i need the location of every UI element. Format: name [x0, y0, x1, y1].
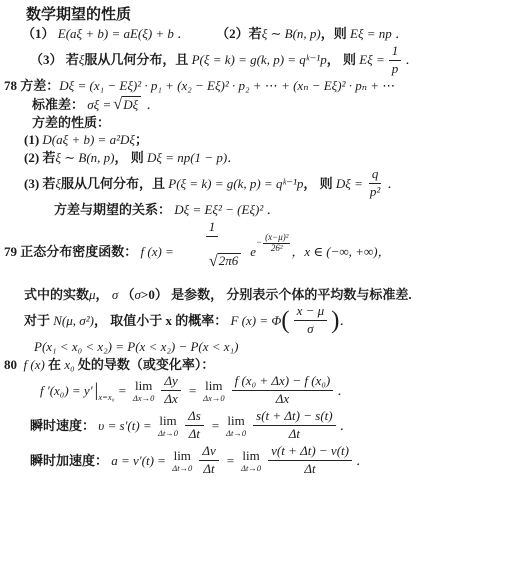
- numerator: 1: [389, 44, 402, 61]
- math-text: =: [208, 418, 223, 434]
- variance-property-2: (2) 若 ξ ∼ B(n, p) ， 则 Dξ = np(1 − p)．: [2, 150, 504, 166]
- denominator: p: [389, 61, 402, 77]
- limit-operator: lim Δt→0: [158, 414, 178, 438]
- math-text: ξ ∼ B(n, p): [55, 150, 114, 166]
- limit-operator: lim Δt→0: [172, 449, 192, 473]
- numerator: v(t + Δt) − v(t): [268, 444, 352, 461]
- square-root: √ Dξ: [113, 96, 141, 113]
- radicand: Dξ: [122, 96, 141, 113]
- math-text: Dξ = np(1 − p)．: [147, 150, 240, 166]
- cn-label: 瞬时加速度：: [30, 453, 111, 469]
- limit-operator: lim Δt→0: [226, 414, 246, 438]
- math-text: =: [223, 453, 238, 469]
- cn-text: ， 取值小于: [94, 313, 166, 329]
- exponent-fraction: − (x−μ)² 26²: [256, 233, 291, 254]
- item-number: (2) 若: [24, 150, 55, 166]
- derivative-definition: f ′(x₀) = y′ | x=x₀ = lim Δx→0 Δy Δx = l…: [2, 374, 504, 407]
- lim-text: lim: [135, 379, 152, 392]
- cn-text: 的概率：: [172, 313, 231, 329]
- math-text: x₀: [64, 357, 74, 373]
- cn-text: ，: [96, 287, 112, 303]
- evaluated-at-subscript: x=x₀: [98, 392, 114, 402]
- cn-text: 对于: [24, 313, 53, 329]
- denominator: Δx: [273, 391, 292, 407]
- limit-subscript: Δx→0: [203, 394, 225, 403]
- cn-label: 正态分布密度函数：: [20, 244, 140, 260]
- limit-subscript: Δt→0: [172, 464, 192, 473]
- item-number: （2）若: [216, 26, 262, 42]
- interval-probability: P(x₁ < x₀ < x₂) = P(x < x₂) − P(x < x₁): [2, 339, 504, 355]
- item-number: (3) 若: [24, 176, 55, 192]
- radicand: 2π6: [218, 253, 242, 269]
- scanned-math-notes: { "page": { "background": "#ffffff", "in…: [0, 0, 506, 562]
- radical-symbol: √: [209, 253, 218, 269]
- lim-text: lim: [227, 414, 244, 427]
- normal-probability: 对于 N(μ, σ²) ， 取值小于 x 的概率： F (x) = Φ ( x …: [2, 304, 504, 337]
- denominator: 26²: [269, 244, 285, 254]
- math-text: Dξ =: [336, 176, 363, 192]
- cn-text: ；: [135, 132, 148, 148]
- lim-text: lim: [174, 449, 191, 462]
- math-text: f ′(x₀) = y′: [40, 383, 93, 399]
- limit-subscript: Δt→0: [241, 464, 261, 473]
- limit-subscript: Δt→0: [158, 429, 178, 438]
- numerator: 1: [206, 220, 219, 237]
- math-text: ξ ∼ B(n, p): [262, 26, 321, 42]
- limit-subscript: Δx→0: [133, 394, 155, 403]
- section-title-expectation: 数学期望的性质: [2, 6, 504, 24]
- big-paren-right: ): [331, 308, 339, 333]
- math-text: Eξ = np ．: [350, 26, 408, 42]
- denominator: √ 2π6: [178, 237, 246, 285]
- cn-text: ， 则: [303, 176, 336, 192]
- numerator: x − μ: [294, 304, 328, 321]
- math-text: Dξ = (x₁ − Eξ)² · p₁ + (x₂ − Eξ)² · p₂ +…: [59, 78, 395, 94]
- math-text: υ = s′(t) =: [98, 418, 155, 434]
- fraction: x − μ σ: [294, 304, 328, 337]
- normal-params-note: 式中的实数 μ ， σ （ σ >0） 是参数， 分别表示个体的平均数与标准差.: [2, 287, 504, 303]
- limit-subscript: Δt→0: [226, 429, 246, 438]
- variance-property-3: (3) 若 ξ 服从几何分布，且 P(ξ = k) = g(k, p) = qᵏ…: [2, 167, 504, 200]
- item-number: 80: [4, 357, 24, 373]
- standard-deviation: 标准差： σξ = √ Dξ ．: [2, 96, 504, 113]
- denominator: p²: [367, 184, 383, 200]
- denominator: σ: [304, 321, 316, 337]
- fraction: Δs Δt: [185, 409, 204, 442]
- cn-text: >0） 是参数， 分别表示个体的平均数与标准差.: [141, 287, 412, 303]
- item-number: (1): [24, 132, 42, 148]
- math-text: ．: [337, 383, 350, 399]
- lim-text: lim: [159, 414, 176, 427]
- fraction: (x−μ)² 26²: [263, 233, 290, 254]
- numerator: Δs: [185, 409, 204, 426]
- lim-text: lim: [242, 449, 259, 462]
- numerator: Δv: [199, 444, 218, 461]
- math-text: F (x) = Φ: [230, 313, 281, 329]
- math-text: D(aξ + b) = a²Dξ: [42, 132, 135, 148]
- square-root: √ 2π6: [209, 253, 241, 269]
- instant-velocity: 瞬时速度： υ = s′(t) = lim Δt→0 Δs Δt = lim Δ…: [2, 409, 504, 442]
- denominator: Δt: [286, 426, 303, 442]
- math-text: E(aξ + b) = aE(ξ) + b ．: [58, 26, 190, 42]
- math-text: ．: [387, 176, 400, 192]
- cn-text: 服从几何分布，且: [61, 176, 168, 192]
- cn-text: （: [118, 287, 134, 303]
- item-number: 79: [4, 244, 20, 260]
- math-text: =: [185, 383, 200, 399]
- denominator: Δx: [161, 391, 180, 407]
- denominator: Δt: [186, 426, 203, 442]
- denominator: Δt: [200, 461, 217, 477]
- cn-text: 处的导数（或变化率）：: [75, 357, 215, 373]
- cn-label: 标准差：: [32, 97, 87, 113]
- math-text: ．: [340, 418, 353, 434]
- cn-label: 瞬时速度：: [30, 418, 98, 434]
- fraction: q p²: [367, 167, 383, 200]
- math-text: P(ξ = k) = g(k, p) = qᵏ⁻¹p: [168, 176, 303, 192]
- math-text: σξ =: [87, 97, 111, 113]
- cn-text: 在: [45, 357, 65, 373]
- instant-acceleration: 瞬时加速度： a = v′(t) = lim Δt→0 Δv Δt = lim …: [2, 444, 504, 477]
- math-text: ，x ∈ (−∞, +∞)，: [291, 244, 390, 260]
- denominator: Δt: [301, 461, 318, 477]
- minus-sign: −: [256, 238, 262, 248]
- fraction: v(t + Δt) − v(t) Δt: [268, 444, 352, 477]
- numerator: s(t + Δt) − s(t): [253, 409, 335, 426]
- fraction: f (x₀ + Δx) − f (x₀) Δx: [232, 374, 334, 407]
- expectation-properties-1-2: （1） E(aξ + b) = aE(ξ) + b ． （2）若 ξ ∼ B(n…: [2, 26, 504, 42]
- cn-text: 服从几何分布，且: [84, 52, 191, 68]
- math-text: P(x₁ < x₀ < x₂) = P(x < x₂) − P(x < x₁): [34, 339, 238, 355]
- variance-expectation-relation: 方差与期望的关系： Dξ = Eξ² − (Eξ)² ．: [2, 202, 504, 218]
- expectation-property-3: （3） 若 ξ 服从几何分布，且 P(ξ = k) = g(k, p) = qᵏ…: [2, 44, 504, 77]
- item-number: （3） 若: [30, 52, 79, 68]
- item-number: （1）: [22, 26, 58, 42]
- cn-text: ， 则: [114, 150, 147, 166]
- section-title-text: 数学期望的性质: [26, 6, 131, 24]
- math-text: f (x): [24, 357, 45, 373]
- math-text: P(ξ = k) = g(k, p) = qᵏ⁻¹p: [192, 52, 327, 68]
- fraction: s(t + Δt) − s(t) Δt: [253, 409, 335, 442]
- cn-text: ， 则: [327, 52, 360, 68]
- cn-text: ，则: [321, 26, 350, 42]
- normal-density-function: 79 正态分布密度函数： f (x) = 1 √ 2π6 e − (x−μ)² …: [2, 220, 504, 285]
- variance-property-1: (1) D(aξ + b) = a²Dξ ；: [2, 132, 504, 148]
- document-page: 数学期望的性质 （1） E(aξ + b) = aE(ξ) + b ． （2）若…: [0, 0, 506, 477]
- cn-text: 式中的实数: [24, 287, 89, 303]
- fraction: Δv Δt: [199, 444, 218, 477]
- cn-label: 方差与期望的关系：: [54, 202, 174, 218]
- math-text: ．: [356, 453, 369, 469]
- math-text: N(μ, σ²): [53, 313, 94, 329]
- math-text: ．: [143, 97, 159, 113]
- math-text: =: [115, 383, 130, 399]
- numerator: Δy: [161, 374, 180, 391]
- variance-properties-title: 方差的性质：: [2, 115, 504, 131]
- big-paren-left: (: [281, 308, 289, 333]
- cn-label: 方差：: [20, 78, 59, 94]
- limit-operator: lim Δx→0: [133, 379, 155, 403]
- cn-label: 方差的性质：: [32, 115, 110, 131]
- radical-symbol: √: [113, 96, 122, 112]
- fraction: Δy Δx: [161, 374, 180, 407]
- derivative-title: 80 f (x) 在 x₀ 处的导数（或变化率）：: [2, 357, 504, 373]
- math-text: Dξ = Eξ² − (Eξ)² ．: [174, 202, 279, 218]
- item-number: 78: [4, 78, 20, 94]
- numerator: q: [369, 167, 382, 184]
- numerator: f (x₀ + Δx) − f (x₀): [232, 374, 334, 391]
- math-text: f (x) =: [141, 244, 174, 260]
- limit-operator: lim Δx→0: [203, 379, 225, 403]
- math-text: ．: [405, 52, 418, 68]
- fraction: 1 p: [389, 44, 402, 77]
- limit-operator: lim Δt→0: [241, 449, 261, 473]
- math-text: a = v′(t) =: [111, 453, 169, 469]
- lim-text: lim: [205, 379, 222, 392]
- fraction: 1 √ 2π6: [178, 220, 246, 285]
- math-text: Eξ =: [359, 52, 385, 68]
- variance-definition: 78 方差： Dξ = (x₁ − Eξ)² · p₁ + (x₂ − Eξ)²…: [2, 78, 504, 94]
- math-text: ．: [340, 313, 353, 329]
